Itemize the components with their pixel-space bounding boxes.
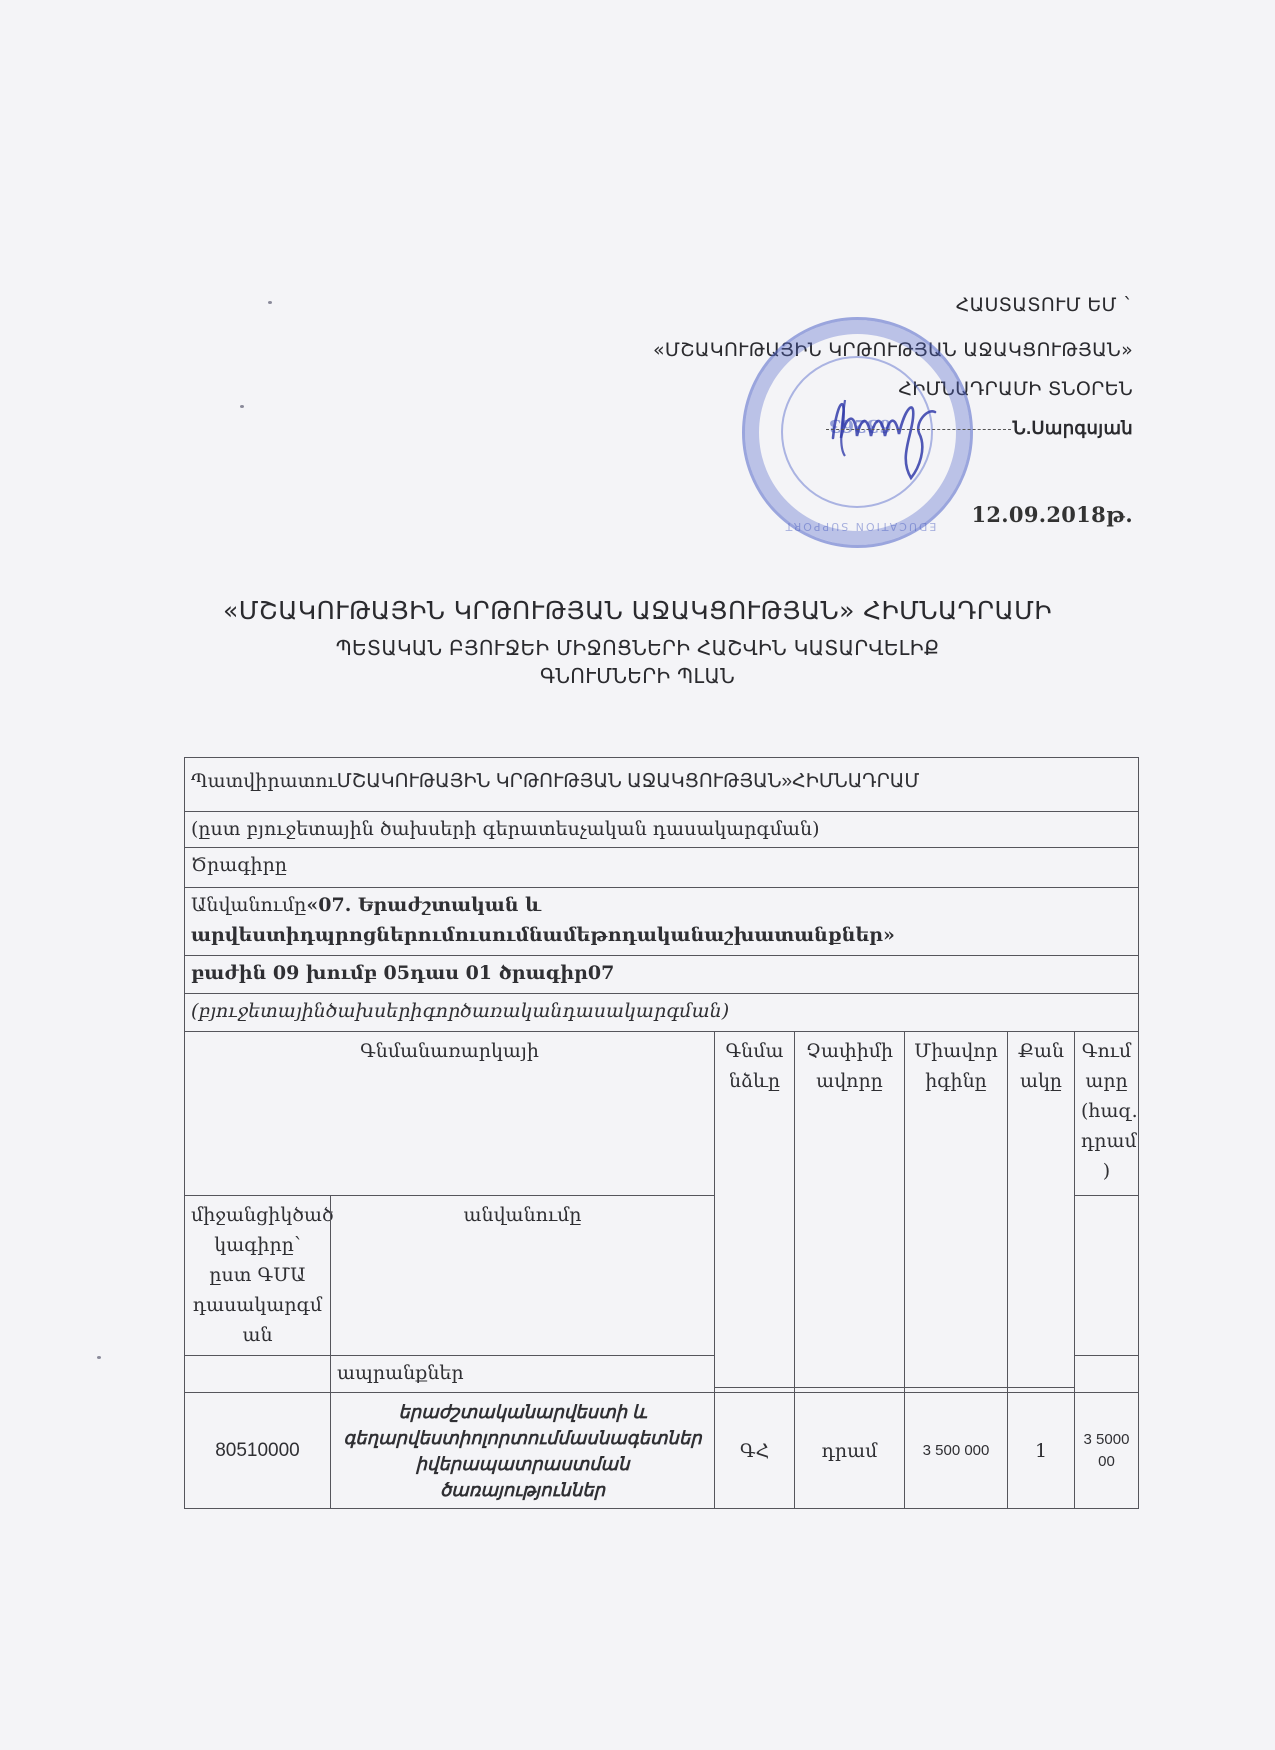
approval-heading: ՀԱՍՏԱՏՈՒՄ ԵՄ ` — [956, 294, 1133, 316]
table-row-code: 80510000 — [184, 1392, 331, 1509]
section-price-empty — [904, 1355, 1008, 1393]
header-procurement-item: Գնմանառարկայի — [184, 1031, 715, 1196]
client-value: ՄՇԱԿՈՒԹԱՅԻՆ ԿՐԹՈՒԹՅԱՆ ԱՋԱԿՑՈՒԹՅԱՆ»ՀԻՄՆԱԴ… — [337, 771, 920, 792]
section-method-empty — [714, 1355, 795, 1393]
scan-speck — [97, 1356, 101, 1359]
program-name-line1: «07. Երաժշտական և — [306, 894, 541, 916]
table-row-total: 3 5000 00 — [1074, 1392, 1139, 1509]
approval-signatory: Ն.Սարգսյան — [826, 418, 1133, 439]
section-label: ապրանքներ — [330, 1355, 715, 1393]
program-name-row: Անվանումը«07. Երաժշտական և արվեստիդպրոցն… — [184, 887, 1139, 956]
procurement-plan-table: ՊատվիրատուՄՇԱԿՈՒԹԱՅԻՆ ԿՐԹՈՒԹՅԱՆ ԱՋԱԿՑՈՒԹ… — [184, 757, 1139, 1509]
budget-codes-row: բաժին 09 խումբ 05դաս 01 ծրագիր07 — [184, 955, 1139, 994]
header-total: Գում արը (հազ. դրամ ) — [1074, 1031, 1139, 1196]
header-total-empty — [1074, 1195, 1139, 1356]
functional-classification-row: (բյուջետայինծախսերիգործառականդասակարգման… — [184, 993, 1139, 1032]
program-row: Ծրագիրը — [184, 847, 1139, 888]
header-unit: Չափիմի ավորը — [794, 1031, 905, 1388]
client-label: Պատվիրատու — [191, 770, 337, 792]
table-row-unit: դրամ — [794, 1392, 905, 1509]
table-row-name: երաժշտականարվեստի և գեղարվեստիոլորտումմա… — [330, 1392, 715, 1509]
header-cpv-code: միջանցիկծած կագիրը՝ ըստ ԳՄԱ դասակարգմ ան — [184, 1195, 331, 1356]
document-title: «ՄՇԱԿՈՒԹԱՅԻՆ ԿՐԹՈՒԹՅԱՆ ԱՋԱԿՑՈՒԹՅԱՆ» ՀԻՄՆ… — [0, 596, 1275, 625]
section-code-empty — [184, 1355, 331, 1393]
document-page: ՀԱՍՏԱՏՈՒՄ ԵՄ ` «ՄՇԱԿՈՒԹԱՅԻՆ ԿՐԹՈՒԹՅԱՆ ԱՋ… — [0, 0, 1275, 1750]
header-name: անվանումը — [330, 1195, 715, 1356]
header-procurement-method: Գնմա նձևը — [714, 1031, 795, 1388]
header-quantity: Քան ակը — [1007, 1031, 1075, 1388]
table-row-method: ԳՀ — [714, 1392, 795, 1509]
section-unit-empty — [794, 1355, 905, 1393]
scan-speck — [240, 405, 244, 408]
scan-speck — [268, 301, 272, 304]
program-name-label: Անվանումը — [191, 894, 306, 916]
table-row-unit-price: 3 500 000 — [904, 1392, 1008, 1509]
client-row: ՊատվիրատուՄՇԱԿՈՒԹԱՅԻՆ ԿՐԹՈՒԹՅԱՆ ԱՋԱԿՑՈՒԹ… — [184, 757, 1139, 812]
section-qty-empty — [1007, 1355, 1075, 1393]
signatory-name: Ն.Սարգսյան — [1013, 418, 1133, 438]
classification-row: (ըստ բյուջետային ծախսերի գերատեսչական դա… — [184, 811, 1139, 848]
program-name-line2: արվեստիդպրոցներումուսումնամեթոդականաշխատ… — [191, 924, 895, 946]
section-total-empty — [1074, 1355, 1139, 1393]
stamp-text: EDUCATION SUPPORT — [765, 520, 955, 533]
document-subtitle-2: ԳՆՈՒՄՆԵՐԻ ՊԼԱՆ — [0, 664, 1275, 688]
table-row-quantity: 1 — [1007, 1392, 1075, 1509]
signature-line — [826, 429, 1011, 430]
header-unit-price: Միավոր իգինը — [904, 1031, 1008, 1388]
document-subtitle: ՊԵՏԱԿԱՆ ԲՅՈՒՋԵԻ ՄԻՋՈՑՆԵՐԻ ՀԱՇՎԻՆ ԿԱՏԱՐՎԵ… — [0, 636, 1275, 660]
approval-date: 12.09.2018թ. — [971, 502, 1133, 527]
